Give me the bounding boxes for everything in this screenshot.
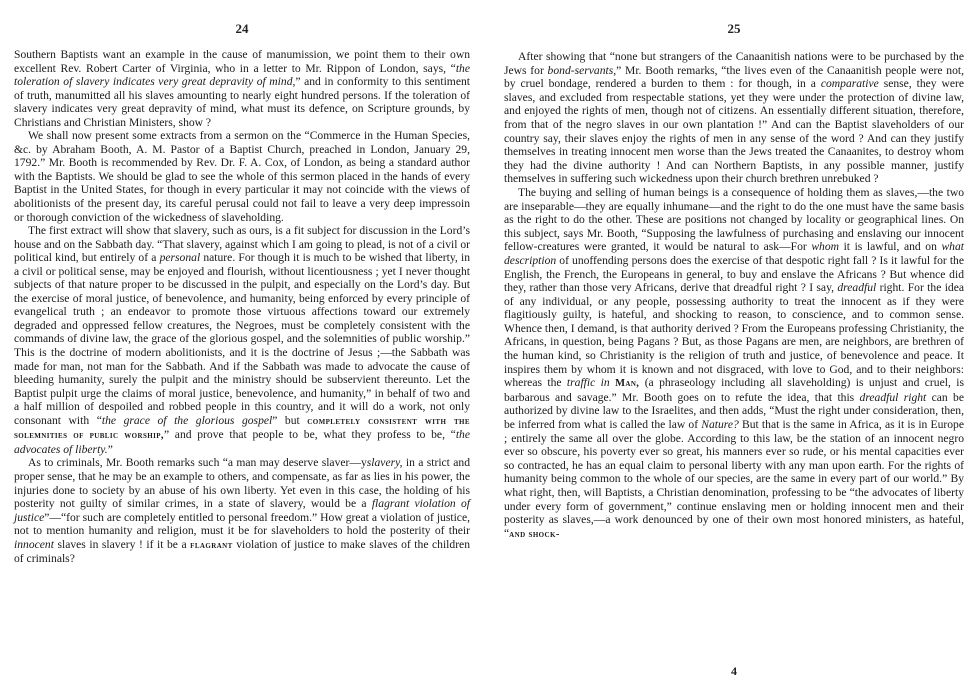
emphasis: bond-servants, xyxy=(548,64,617,77)
paragraph: The buying and selling of human beings i… xyxy=(504,186,964,541)
emphasis: personal xyxy=(160,251,201,264)
small-caps-emphasis: Man, xyxy=(615,378,639,389)
paragraph: After showing that “none but strangers o… xyxy=(504,50,964,186)
paragraph: The first extract will show that slavery… xyxy=(14,224,470,456)
emphasis: dreadful right xyxy=(860,391,927,404)
paragraph: Southern Baptists want an example in the… xyxy=(14,48,470,129)
right-page: 25 After showing that “none but stranger… xyxy=(504,0,964,698)
emphasis: whom xyxy=(811,240,839,253)
emphasis: slavery, xyxy=(367,456,403,469)
page-body: Southern Baptists want an example in the… xyxy=(14,48,470,566)
page-body: After showing that “none but strangers o… xyxy=(504,50,964,541)
paragraph: As to criminals, Mr. Booth remarks such … xyxy=(14,456,470,565)
paragraph: We shall now present some extracts from … xyxy=(14,129,470,224)
book-spread: 24 Southern Baptists want an example in … xyxy=(0,0,980,698)
emphasis: Nature? xyxy=(701,418,739,431)
emphasis: what description xyxy=(504,240,964,267)
emphasis: flagrant violation of justice xyxy=(14,497,470,524)
emphasis: comparative xyxy=(821,77,879,90)
emphasis: innocent xyxy=(14,538,54,551)
emphasis: the grace of the glorious gospel xyxy=(102,414,272,427)
left-page: 24 Southern Baptists want an example in … xyxy=(14,0,470,698)
page-number: 25 xyxy=(504,21,964,37)
signature-mark: 4 xyxy=(504,664,964,679)
page-number: 24 xyxy=(14,21,470,37)
emphasis: the toleration of slavery indicates very… xyxy=(14,62,470,89)
small-caps-emphasis: and shock- xyxy=(509,529,560,540)
emphasis: traffic in xyxy=(567,376,610,389)
emphasis: dreadful xyxy=(837,281,876,294)
small-caps-emphasis: flagrant xyxy=(190,540,232,551)
